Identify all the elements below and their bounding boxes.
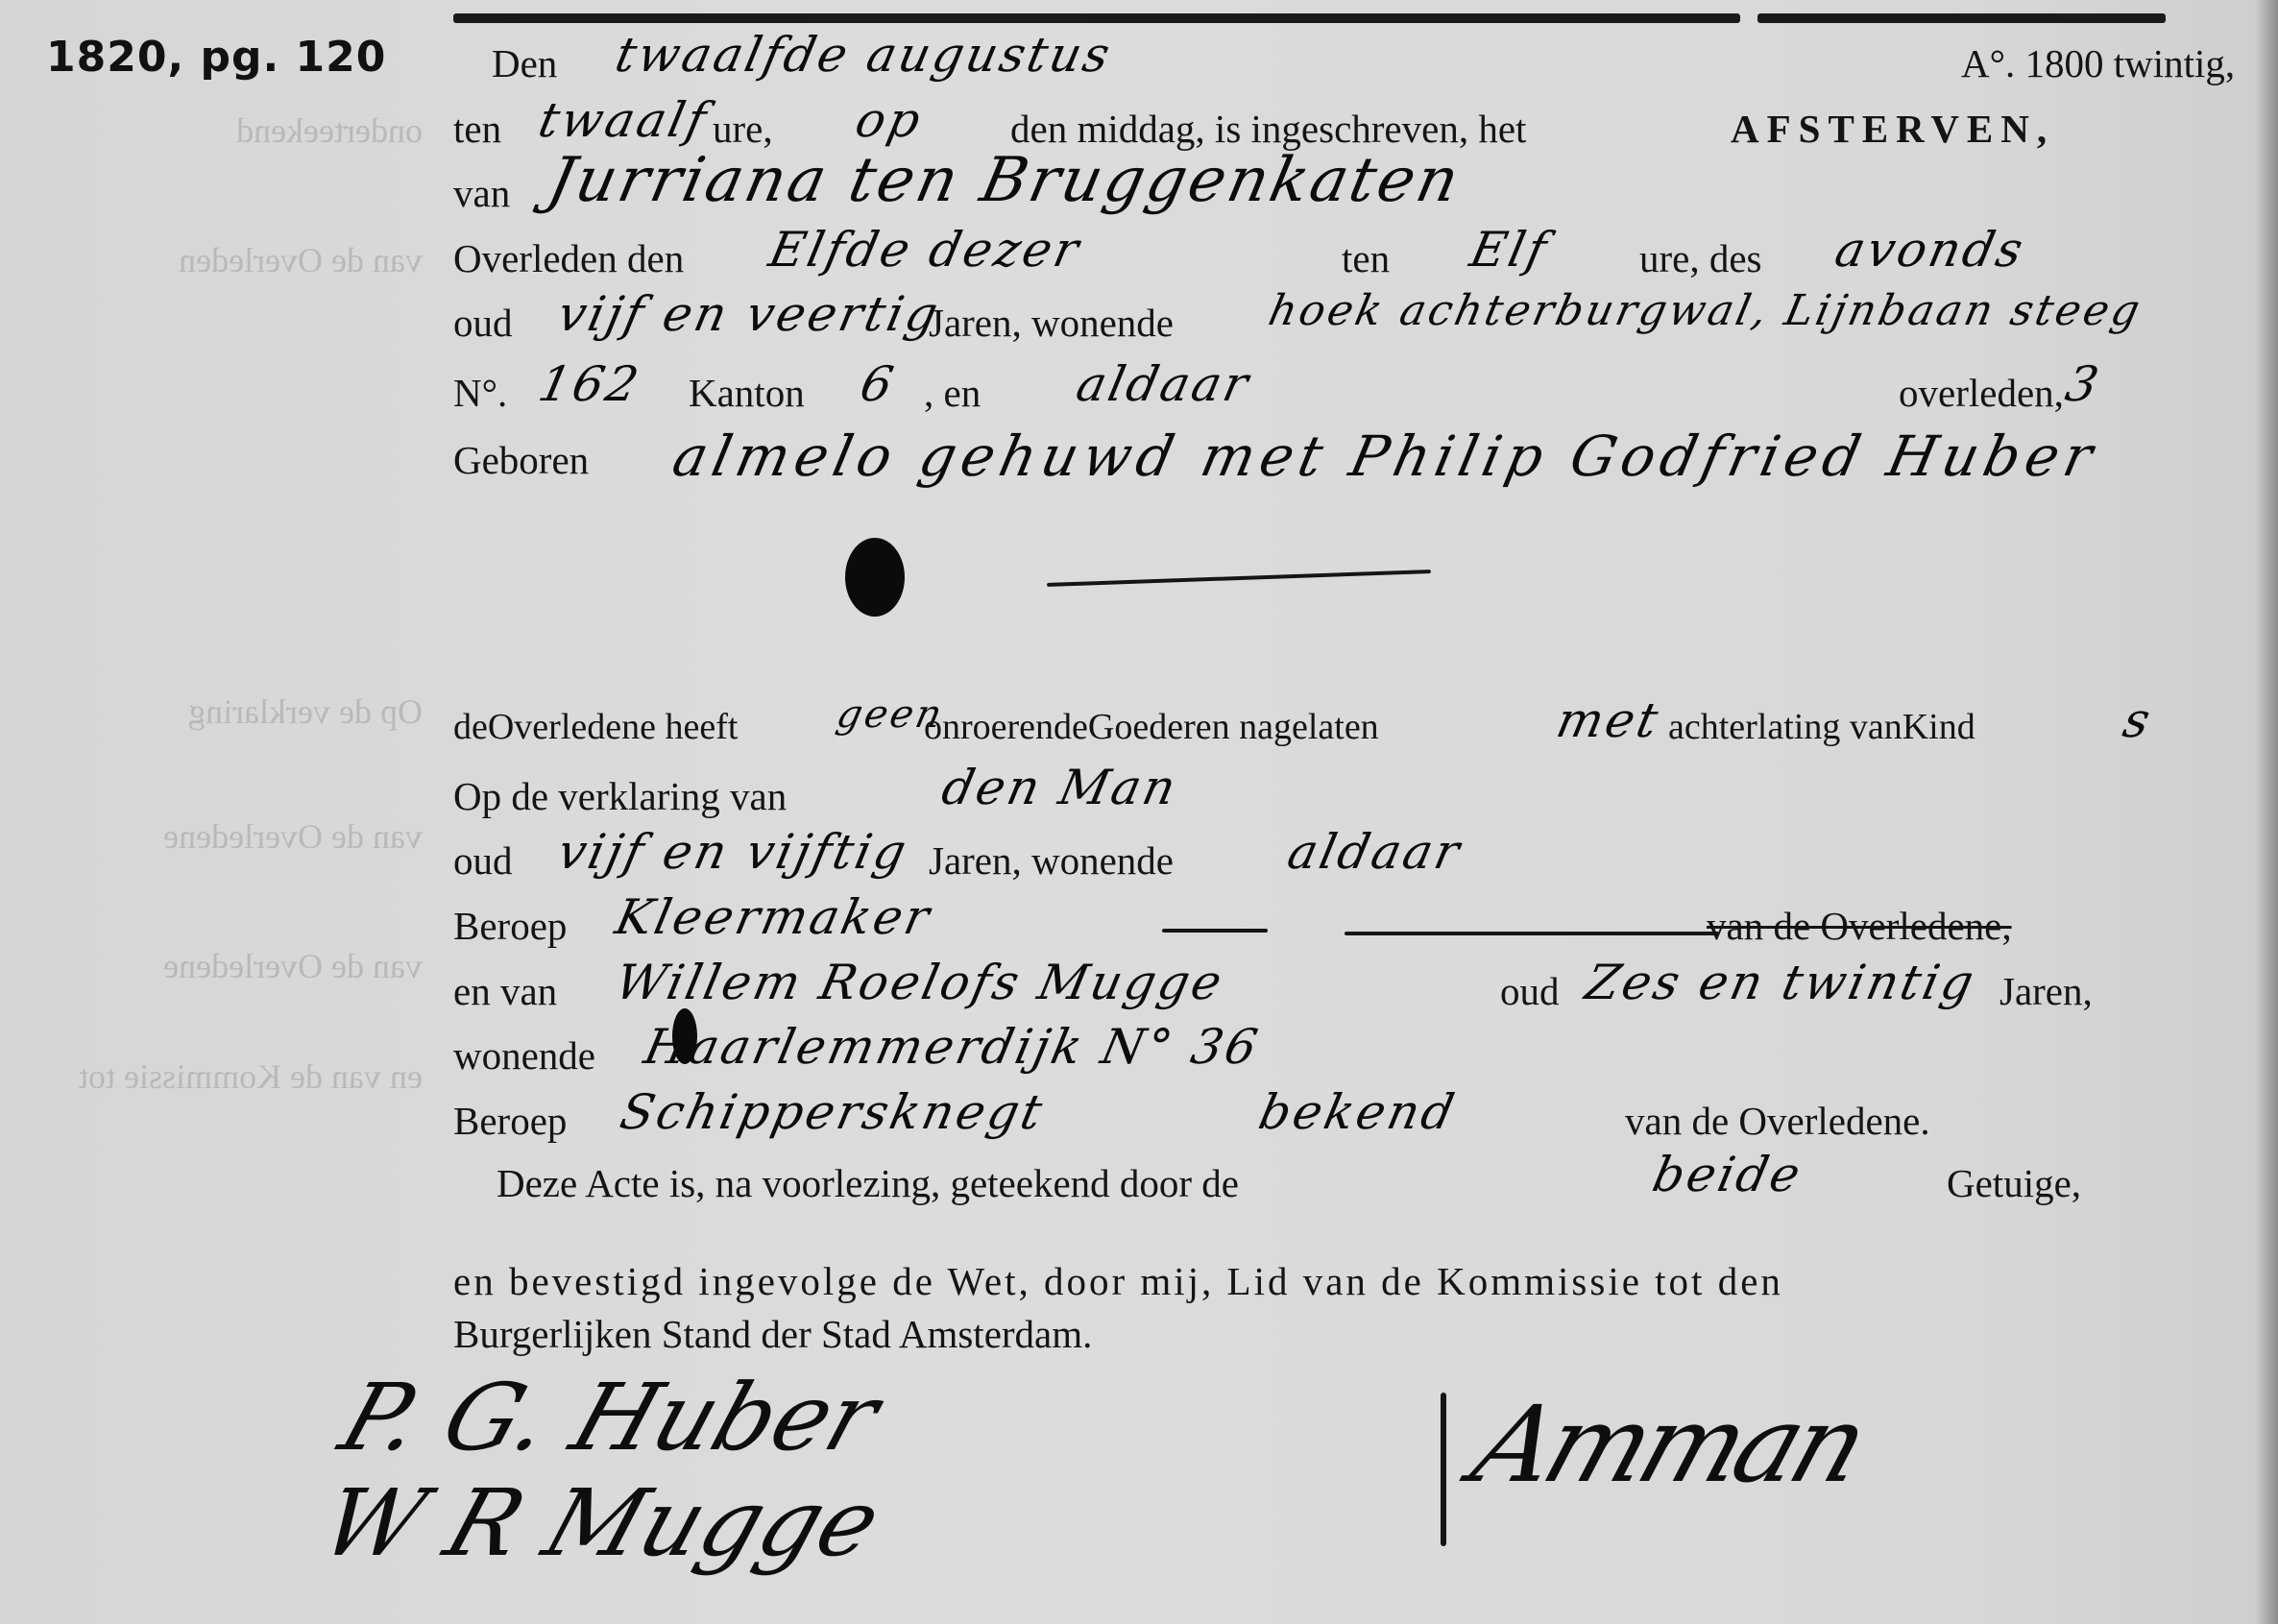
printed-text: Den (492, 40, 557, 86)
record-line-witness-residence: wonende Haarlemmerdijk N° 36 (453, 1032, 2113, 1090)
ink-blot (672, 1008, 697, 1064)
printed-text: van de Overledene. (1625, 1098, 1930, 1144)
record-line-date: Den twaalfde augustus A°. 1800 twintig, (453, 40, 2113, 98)
bleed-through-text: Op de verklaring (0, 691, 423, 732)
handwritten-text: vijf en veertig (553, 286, 946, 342)
printed-text: Jaren, wonende (929, 300, 1174, 346)
bleed-through-text: onderteekend (0, 110, 423, 151)
ink-line (1162, 929, 1268, 933)
record-line-age-residence: oud vijf en veertig Jaren, wonende hoek … (453, 300, 2113, 357)
deceased-name: Jurriana ten Bruggenkaten (542, 145, 1467, 216)
handwritten-text: Elfde dezer (764, 222, 1086, 278)
record-line-signed: Deze Acte is, na voorlezing, geteekend d… (453, 1160, 2113, 1218)
printed-text: Geboren (453, 437, 589, 483)
printed-text: deOverledene heeft (453, 706, 738, 748)
printed-heading: AFSTERVEN, (1731, 106, 2054, 152)
printed-text: en van (453, 968, 557, 1014)
printed-text: achterlating vanKind (1668, 706, 1975, 748)
handwritten-text: aldaar (1283, 824, 1467, 880)
ink-blot (845, 538, 905, 617)
printed-text: ure, des (1639, 235, 1762, 281)
record-line-number: N°. 162 Kanton 6 , en aldaar overleden, … (453, 370, 2113, 427)
printed-text: Beroep (453, 903, 567, 949)
printed-text: Op de verklaring van (453, 773, 787, 819)
record-line-declarant-age: oud vijf en vijftig Jaren, wonende aldaa… (453, 837, 2113, 895)
handwritten-text: aldaar (1072, 356, 1256, 412)
record-line-witness: en van Willem Roelofs Mugge oud Zes en t… (453, 968, 2113, 1026)
handwritten-text: met (1552, 692, 1665, 748)
handwritten-text: s (2119, 692, 2158, 748)
record-line-born: Geboren almelo gehuwd met Philip Godfrie… (453, 437, 2113, 495)
top-rule-right (1757, 13, 2166, 23)
printed-text: Jaren, wonende (929, 837, 1174, 884)
printed-text: en bevestigd ingevolge de Wet, door mij,… (453, 1258, 1783, 1304)
handwritten-text: Schippersknegt (616, 1084, 1050, 1140)
handwritten-text: beide (1648, 1147, 1808, 1202)
signature-bracket (1441, 1393, 1446, 1546)
bleed-through-text: van de Overleden (0, 240, 423, 280)
printed-text: N°. (453, 370, 507, 416)
handwritten-text: den Man (937, 760, 1183, 815)
handwritten-text: 6 (856, 356, 901, 412)
printed-text: van (453, 170, 510, 216)
ink-flourish (1047, 570, 1431, 587)
handwritten-text: twaalfde augustus (611, 27, 1118, 83)
printed-text: Beroep (453, 1098, 567, 1144)
handwritten-text: avonds (1830, 222, 2030, 278)
record-line-name: van Jurriana ten Bruggenkaten (453, 170, 2113, 228)
printed-text: ten (453, 106, 501, 152)
record-line-confirmed: en bevestigd ingevolge de Wet, door mij,… (453, 1258, 2113, 1316)
handwritten-text: Zes en twintig (1581, 955, 1981, 1010)
handwritten-text: 162 (534, 356, 646, 412)
printed-text: Burgerlijken Stand der Stad Amsterdam. (453, 1311, 1092, 1357)
printed-text: overleden, (1899, 370, 2064, 416)
printed-text: Deze Acte is, na voorlezing, geteekend d… (497, 1160, 1239, 1206)
printed-text: Overleden den (453, 235, 684, 281)
handwritten-text: Elf (1466, 222, 1554, 278)
page-label: 1820, pg. 120 (46, 33, 386, 82)
bleed-through-text: van de Overledene (0, 946, 423, 986)
handwritten-text: 3 (2061, 356, 2106, 412)
signature-witness-2: W R Mugge (309, 1469, 893, 1577)
printed-text: oud (453, 300, 513, 346)
handwritten-text: Kleermaker (611, 889, 937, 945)
handwritten-text: Haarlemmerdijk N° 36 (640, 1019, 1265, 1075)
printed-text: Jaren, (1999, 968, 2093, 1014)
handwritten-text: Willem Roelofs Mugge (611, 955, 1229, 1010)
handwritten-text: almelo gehuwd met Philip Godfried Huber (667, 424, 2104, 489)
handwritten-text: hoek achterburgwal, Lijnbaan steeg (1265, 286, 2147, 335)
top-rule (453, 13, 1740, 23)
printed-text: ten (1342, 235, 1390, 281)
record-line-occupation-2: Beroep Schippersknegt bekend van de Over… (453, 1098, 2113, 1155)
ink-line (1345, 932, 1719, 935)
bleed-through-text: en van de Kommissie tot (0, 1056, 423, 1097)
signature-witness-1: P. G. Huber (328, 1364, 892, 1471)
printed-text: Getuige, (1947, 1160, 2081, 1206)
handwritten-text: op (851, 92, 928, 148)
struck-printed-text: van de Overledene, (1707, 903, 2012, 949)
record-line-occupation-1: Beroep Kleermaker van de Overledene, (453, 903, 2113, 960)
printed-text: A°. 1800 twintig, (1961, 40, 2235, 86)
printed-text: onroerendeGoederen nagelaten (924, 706, 1379, 748)
bleed-through-text: van de Overledene (0, 816, 423, 857)
signature-official: Amman (1459, 1383, 1878, 1506)
record-line-declarant: Op de verklaring van den Man (453, 773, 2113, 831)
handwritten-text: bekend (1254, 1084, 1462, 1140)
handwritten-text: vijf en vijftig (553, 824, 914, 880)
printed-text: Kanton (689, 370, 805, 416)
printed-text: oud (453, 837, 513, 884)
record-line-estate: deOverledene heeft geen onroerendeGoeder… (453, 706, 2113, 764)
printed-text: , en (924, 370, 981, 416)
register-page: 1820, pg. 120 onderteekend van de Overle… (0, 0, 2278, 1624)
record-line-registry: Burgerlijken Stand der Stad Amsterdam. (453, 1311, 2113, 1369)
handwritten-text: twaalf (534, 92, 714, 148)
printed-text: oud (1500, 968, 1560, 1014)
record-line-died: Overleden den Elfde dezer ten Elf ure, d… (453, 235, 2113, 293)
printed-text: wonende (453, 1032, 595, 1079)
